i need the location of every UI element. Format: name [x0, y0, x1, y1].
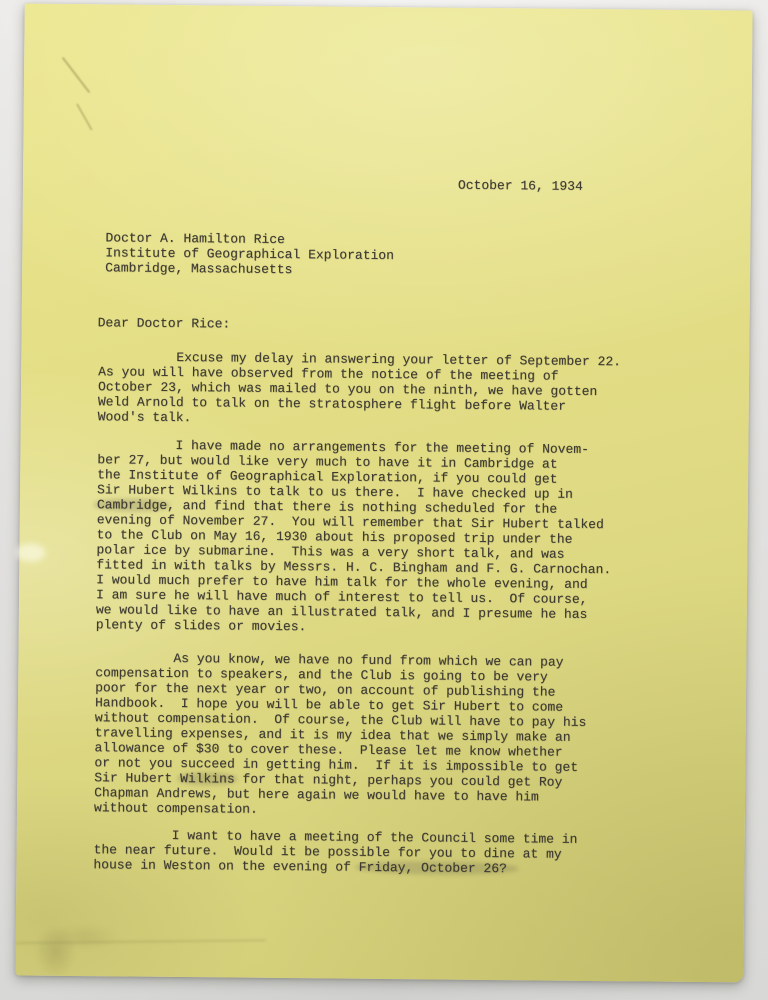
letter-paragraph-1: Excuse my delay in answering your letter… [98, 349, 621, 429]
paper-crease [77, 103, 93, 130]
paper-crease [15, 543, 45, 561]
letter-date: October 16, 1934 [458, 178, 583, 194]
paper-crease [16, 939, 266, 944]
letter-paragraph-4: I want to have a meeting of the Council … [93, 827, 577, 877]
letter-page: October 16, 1934 Doctor A. Hamilton Rice… [15, 4, 752, 983]
address-line-city: Cambridge, Massachusetts [105, 260, 394, 278]
recipient-address: Doctor A. Hamilton RiceInstitute of Geog… [105, 230, 394, 278]
paper-stain [19, 909, 140, 980]
photo-background: October 16, 1934 Doctor A. Hamilton Rice… [0, 0, 768, 1000]
letter-paragraph-3: As you know, we have no fund from which … [94, 650, 587, 820]
paper-crease [62, 57, 90, 93]
letter-paragraph-2: I have made no arrangements for the meet… [96, 437, 613, 637]
salutation: Dear Doctor Rice: [98, 315, 231, 331]
